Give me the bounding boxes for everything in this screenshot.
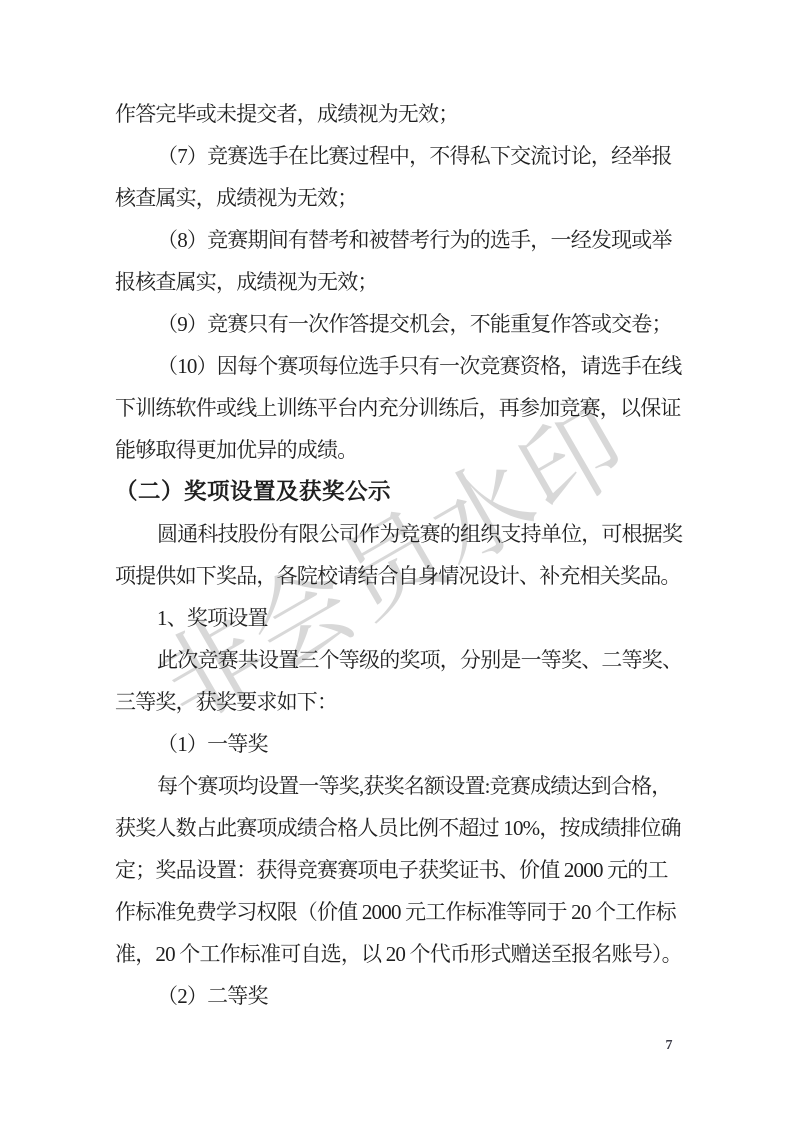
text-line: 每个赛项均设置一等奖,获奖名额设置:竞赛成绩达到合格，	[115, 765, 681, 807]
paragraph: 圆通科技股份有限公司作为竞赛的组织支持单位，可根据奖项提供如下奖品，各院校请结合…	[115, 513, 681, 597]
page-number: 7	[640, 1038, 698, 1054]
text-line: （9）竞赛只有一次作答提交机会，不能重复作答或交卷；	[115, 303, 681, 345]
text-line: 此次竞赛共设置三个等级的奖项，分别是一等奖、二等奖、	[115, 639, 681, 681]
paragraph: （7）竞赛选手在比赛过程中，不得私下交流讨论，经举报核查属实，成绩视为无效；	[115, 135, 681, 219]
paragraph: 每个赛项均设置一等奖,获奖名额设置:竞赛成绩达到合格，获奖人数占此赛项成绩合格人…	[115, 765, 681, 975]
paragraph: （10）因每个赛项每位选手只有一次竞赛资格，请选手在线下训练软件或线上训练平台内…	[115, 345, 681, 471]
document-content: 作答完毕或未提交者，成绩视为无效；（7）竞赛选手在比赛过程中，不得私下交流讨论，…	[115, 93, 681, 1017]
paragraph: （2）二等奖	[115, 975, 681, 1017]
text-line: 能够取得更加优异的成绩。	[115, 429, 681, 471]
text-line: 作答完毕或未提交者，成绩视为无效；	[115, 93, 681, 135]
paragraph: 此次竞赛共设置三个等级的奖项，分别是一等奖、二等奖、三等奖，获奖要求如下：	[115, 639, 681, 723]
text-line: 圆通科技股份有限公司作为竞赛的组织支持单位，可根据奖	[115, 513, 681, 555]
paragraph: 1、奖项设置	[115, 597, 681, 639]
text-line: （7）竞赛选手在比赛过程中，不得私下交流讨论，经举报	[115, 135, 681, 177]
text-line: （1）一等奖	[115, 723, 681, 765]
text-line: 作标准免费学习权限（价值 2000 元工作标准等同于 20 个工作标	[115, 891, 681, 933]
paragraph: （8）竞赛期间有替考和被替考行为的选手，一经发现或举报核查属实，成绩视为无效；	[115, 219, 681, 303]
text-line: 核查属实，成绩视为无效；	[115, 177, 681, 219]
text-line: 获奖人数占此赛项成绩合格人员比例不超过 10%，按成绩排位确	[115, 807, 681, 849]
document-page: 非会员水印 作答完毕或未提交者，成绩视为无效；（7）竞赛选手在比赛过程中，不得私…	[0, 0, 793, 1122]
text-line: 1、奖项设置	[115, 597, 681, 639]
text-line: 三等奖，获奖要求如下：	[115, 681, 681, 723]
text-line: （10）因每个赛项每位选手只有一次竞赛资格，请选手在线	[115, 345, 681, 387]
text-line: 报核查属实，成绩视为无效；	[115, 261, 681, 303]
text-line: （8）竞赛期间有替考和被替考行为的选手，一经发现或举	[115, 219, 681, 261]
paragraph: 作答完毕或未提交者，成绩视为无效；	[115, 93, 681, 135]
paragraph: （9）竞赛只有一次作答提交机会，不能重复作答或交卷；	[115, 303, 681, 345]
paragraph: （1）一等奖	[115, 723, 681, 765]
text-line: 准，20 个工作标准可自选，以 20 个代币形式赠送至报名账号）。	[115, 933, 681, 975]
text-line: （二）奖项设置及获奖公示	[115, 471, 681, 513]
text-line: 下训练软件或线上训练平台内充分训练后，再参加竞赛，以保证	[115, 387, 681, 429]
text-line: （2）二等奖	[115, 975, 681, 1017]
text-line: 定；奖品设置：获得竞赛赛项电子获奖证书、价值 2000 元的工	[115, 849, 681, 891]
section-heading: （二）奖项设置及获奖公示	[115, 471, 681, 513]
text-line: 项提供如下奖品，各院校请结合自身情况设计、补充相关奖品。	[115, 555, 681, 597]
